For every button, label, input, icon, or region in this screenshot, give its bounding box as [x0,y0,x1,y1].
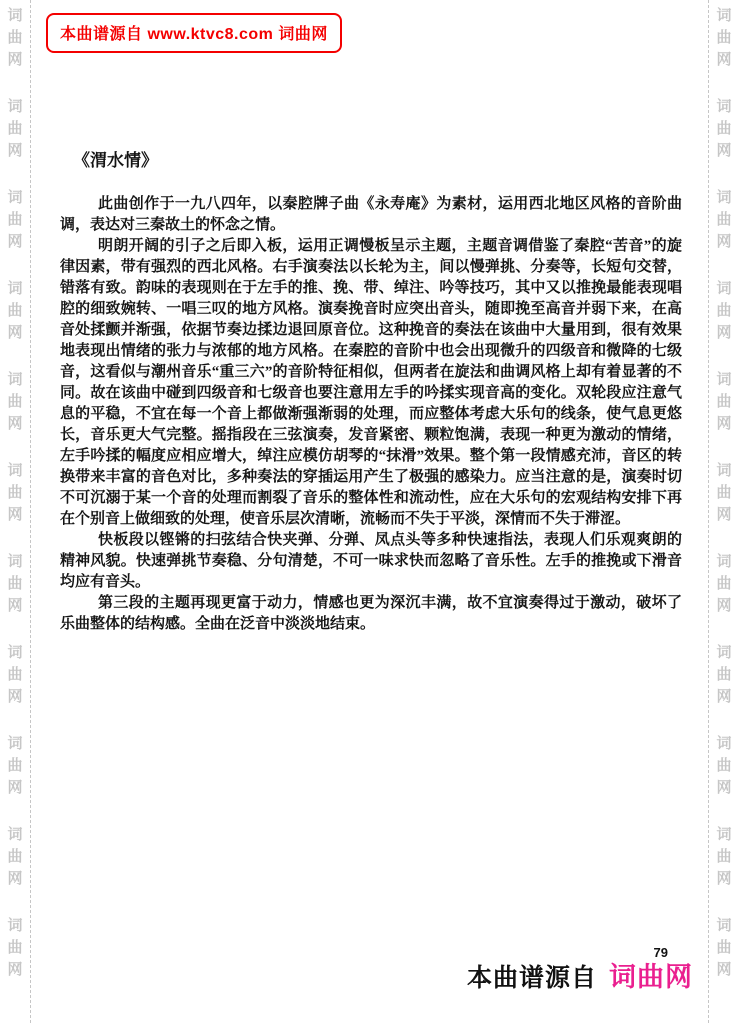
watermark-char: 曲 [3,846,27,868]
watermark-char: 词 [3,278,27,300]
watermark-char: 曲 [712,846,736,868]
right-margin-dashed-rule [708,0,709,1023]
watermark-group: 词曲网 [3,460,27,526]
watermark-char: 网 [3,686,27,708]
paragraph-intro: 此曲创作于一九八四年，以秦腔牌子曲《永寿庵》为素材，运用西北地区风格的音阶曲调，… [60,194,682,236]
watermark-char: 曲 [712,573,736,595]
watermark-group: 词曲网 [712,369,736,435]
watermark-char: 网 [712,504,736,526]
watermark-char: 网 [3,777,27,799]
watermark-char: 曲 [3,27,27,49]
watermark-group: 词曲网 [3,642,27,708]
watermark-char: 词 [3,551,27,573]
watermark-char: 曲 [3,755,27,777]
watermark-char: 词 [712,915,736,937]
footer-stamp: 本曲谱源自 词曲网 [467,955,693,994]
watermark-char: 词 [3,642,27,664]
watermark-char: 曲 [712,209,736,231]
watermark-char: 曲 [3,209,27,231]
watermark-char: 曲 [712,664,736,686]
watermark-char: 词 [3,915,27,937]
watermark-char: 曲 [3,300,27,322]
footer-source-label: 本曲谱源自 [467,958,597,994]
watermark-group: 词曲网 [712,642,736,708]
paragraph-fast-section: 快板段以铿锵的扫弦结合快夹弹、分弹、凤点头等多种快速指法，表现人们乐观爽朗的精神… [60,530,682,593]
watermark-group: 词曲网 [3,187,27,253]
article: 《渭水情》 此曲创作于一九八四年，以秦腔牌子曲《永寿庵》为素材，运用西北地区风格… [60,146,682,635]
watermark-char: 词 [712,551,736,573]
paragraph-third-section: 第三段的主题再现更富于动力，情感也更为深沉丰满，故不宜演奏得过于激动，破坏了乐曲… [60,593,682,635]
source-stamp-box: 本曲谱源自 www.ktvc8.com 词曲网 [46,13,342,53]
watermark-char: 曲 [712,118,736,140]
watermark-char: 曲 [712,482,736,504]
watermark-group: 词曲网 [3,915,27,981]
footer-site-name: 词曲网 [609,955,693,994]
watermark-char: 网 [712,49,736,71]
left-margin-dashed-rule [30,0,31,1023]
watermark-char: 曲 [3,664,27,686]
watermark-char: 网 [712,231,736,253]
watermark-group: 词曲网 [712,551,736,617]
watermark-char: 曲 [3,118,27,140]
watermark-group: 词曲网 [712,460,736,526]
watermark-char: 词 [3,824,27,846]
left-watermark-column: 词曲网词曲网词曲网词曲网词曲网词曲网词曲网词曲网词曲网词曲网词曲网 [3,5,27,1023]
watermark-char: 网 [712,959,736,981]
watermark-group: 词曲网 [712,96,736,162]
watermark-char: 网 [712,868,736,890]
watermark-group: 词曲网 [3,5,27,71]
watermark-group: 词曲网 [3,278,27,344]
watermark-char: 网 [712,413,736,435]
watermark-char: 词 [712,278,736,300]
right-watermark-column: 词曲网词曲网词曲网词曲网词曲网词曲网词曲网词曲网词曲网词曲网词曲网 [712,5,736,1023]
watermark-char: 网 [3,49,27,71]
watermark-char: 曲 [712,300,736,322]
watermark-char: 网 [3,504,27,526]
watermark-char: 曲 [712,937,736,959]
watermark-char: 曲 [712,755,736,777]
watermark-char: 词 [3,187,27,209]
watermark-char: 网 [3,322,27,344]
watermark-char: 词 [712,642,736,664]
watermark-char: 网 [3,959,27,981]
watermark-char: 词 [712,96,736,118]
watermark-char: 词 [712,5,736,27]
watermark-group: 词曲网 [712,5,736,71]
watermark-char: 曲 [712,391,736,413]
watermark-char: 曲 [712,27,736,49]
watermark-char: 曲 [3,482,27,504]
watermark-group: 词曲网 [3,551,27,617]
watermark-group: 词曲网 [3,824,27,890]
watermark-group: 词曲网 [3,96,27,162]
watermark-char: 网 [3,231,27,253]
watermark-char: 词 [3,460,27,482]
piece-title: 《渭水情》 [73,146,682,171]
watermark-group: 词曲网 [3,733,27,799]
watermark-char: 曲 [3,937,27,959]
source-stamp-text: 本曲谱源自 www.ktvc8.com 词曲网 [60,26,328,43]
watermark-group: 词曲网 [712,278,736,344]
watermark-char: 网 [712,777,736,799]
watermark-char: 曲 [3,573,27,595]
watermark-char: 曲 [3,391,27,413]
watermark-char: 网 [712,686,736,708]
watermark-char: 网 [3,413,27,435]
watermark-char: 网 [3,595,27,617]
watermark-char: 网 [712,140,736,162]
watermark-group: 词曲网 [712,733,736,799]
watermark-group: 词曲网 [712,824,736,890]
watermark-char: 词 [3,369,27,391]
scanned-page: 词曲网词曲网词曲网词曲网词曲网词曲网词曲网词曲网词曲网词曲网词曲网 词曲网词曲网… [0,0,740,1023]
watermark-group: 词曲网 [3,369,27,435]
watermark-group: 词曲网 [712,915,736,981]
watermark-char: 网 [712,595,736,617]
watermark-char: 网 [3,868,27,890]
watermark-char: 词 [712,187,736,209]
paragraph-slow-section: 明朗开阔的引子之后即入板，运用正调慢板呈示主题，主题音调借鉴了秦腔“苦音”的旋律… [60,236,682,530]
watermark-char: 网 [712,322,736,344]
watermark-char: 词 [3,5,27,27]
watermark-char: 网 [3,140,27,162]
watermark-char: 词 [3,733,27,755]
watermark-char: 词 [712,460,736,482]
watermark-group: 词曲网 [712,187,736,253]
watermark-char: 词 [712,733,736,755]
watermark-char: 词 [712,824,736,846]
watermark-char: 词 [712,369,736,391]
watermark-char: 词 [3,96,27,118]
